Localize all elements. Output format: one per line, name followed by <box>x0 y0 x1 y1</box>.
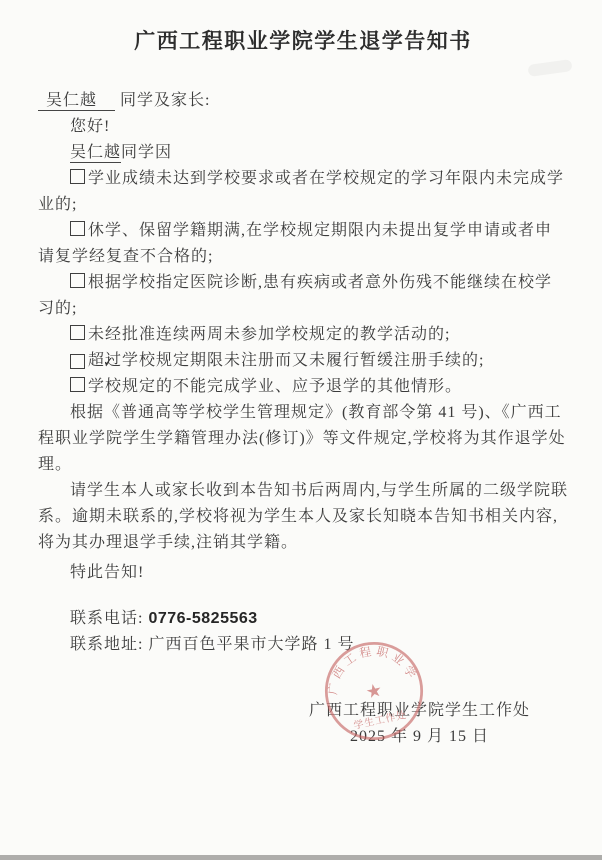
salutation-line: 吴仁越 同学及家长: <box>38 88 568 114</box>
salutation-text: 同学及家长: <box>120 92 210 109</box>
contact-phone-line: 联系电话: 0776-5825563 <box>38 606 568 632</box>
student-name: 吴仁越 <box>38 92 115 111</box>
intro-text: 同学因 <box>121 144 172 161</box>
greeting-line: 您好! <box>38 114 568 140</box>
checkbox-unchecked <box>70 273 85 288</box>
address-value: 广西百色平果市大学路 1 号 <box>148 636 354 653</box>
reason-text: 未经批准连续两周未参加学校规定的教学活动的; <box>88 326 450 343</box>
notice-document: 广西工程职业学院学生退学告知书 吴仁越 同学及家长: 您好! 吴仁越同学因 学业… <box>38 28 568 750</box>
reason-item: 根据学校指定医院诊断,患有疾病或者意外伤残不能继续在校学习的; <box>38 270 568 322</box>
reason-text: 超过学校规定期限未注册而又未履行暂缓注册手续的; <box>88 352 484 369</box>
reason-text: 学业成绩未达到学校要求或者在学校规定的学习年限内未完成学业的; <box>38 170 564 213</box>
contact-block: 联系电话: 0776-5825563 联系地址: 广西百色平果市大学路 1 号 <box>38 606 568 658</box>
checkbox-checked: ✓ <box>70 354 85 369</box>
checkbox-unchecked <box>70 221 85 236</box>
page-title: 广西工程职业学院学生退学告知书 <box>38 28 568 54</box>
checkbox-unchecked <box>70 169 85 184</box>
intro-line: 吴仁越同学因 <box>38 140 568 166</box>
reason-item: 休学、保留学籍期满,在学校规定期限内未提出复学申请或者申请复学经复查不合格的; <box>38 218 568 270</box>
reason-item: 未经批准连续两周未参加学校规定的教学活动的; <box>38 322 568 348</box>
closing-line: 特此告知! <box>38 560 568 586</box>
signature-department: 广西工程职业学院学生工作处 <box>309 698 530 724</box>
student-name: 吴仁越 <box>70 144 121 163</box>
checkbox-unchecked <box>70 325 85 340</box>
phone-label: 联系电话: <box>70 610 143 627</box>
contact-address-line: 联系地址: 广西百色平果市大学路 1 号 <box>38 632 568 658</box>
signature-block: 广西工程职业学院学生工作处 2025 年 9 月 15 日 <box>309 698 530 750</box>
policy-paragraph: 根据《普通高等学校学生管理规定》(教育部令第 41 号)、《广西工程职业学院学生… <box>38 400 568 478</box>
reason-text: 学校规定的不能完成学业、应予退学的其他情形。 <box>88 378 462 395</box>
reason-item: 学校规定的不能完成学业、应予退学的其他情形。 <box>38 374 568 400</box>
phone-number: 0776-5825563 <box>148 610 257 627</box>
address-label: 联系地址: <box>70 636 143 653</box>
reason-item: 学业成绩未达到学校要求或者在学校规定的学习年限内未完成学业的; <box>38 166 568 218</box>
instruction-paragraph: 请学生本人或家长收到本告知书后两周内,与学生所属的二级学院联系。逾期未联系的,学… <box>38 478 568 556</box>
reason-item-selected: ✓超过学校规定期限未注册而又未履行暂缓注册手续的; <box>38 348 568 374</box>
reason-text: 休学、保留学籍期满,在学校规定期限内未提出复学申请或者申请复学经复查不合格的; <box>38 222 552 265</box>
signature-date: 2025 年 9 月 15 日 <box>309 724 530 750</box>
checkbox-unchecked <box>70 377 85 392</box>
reason-text: 根据学校指定医院诊断,患有疾病或者意外伤残不能继续在校学习的; <box>38 274 552 317</box>
page-bottom-edge <box>0 855 602 860</box>
